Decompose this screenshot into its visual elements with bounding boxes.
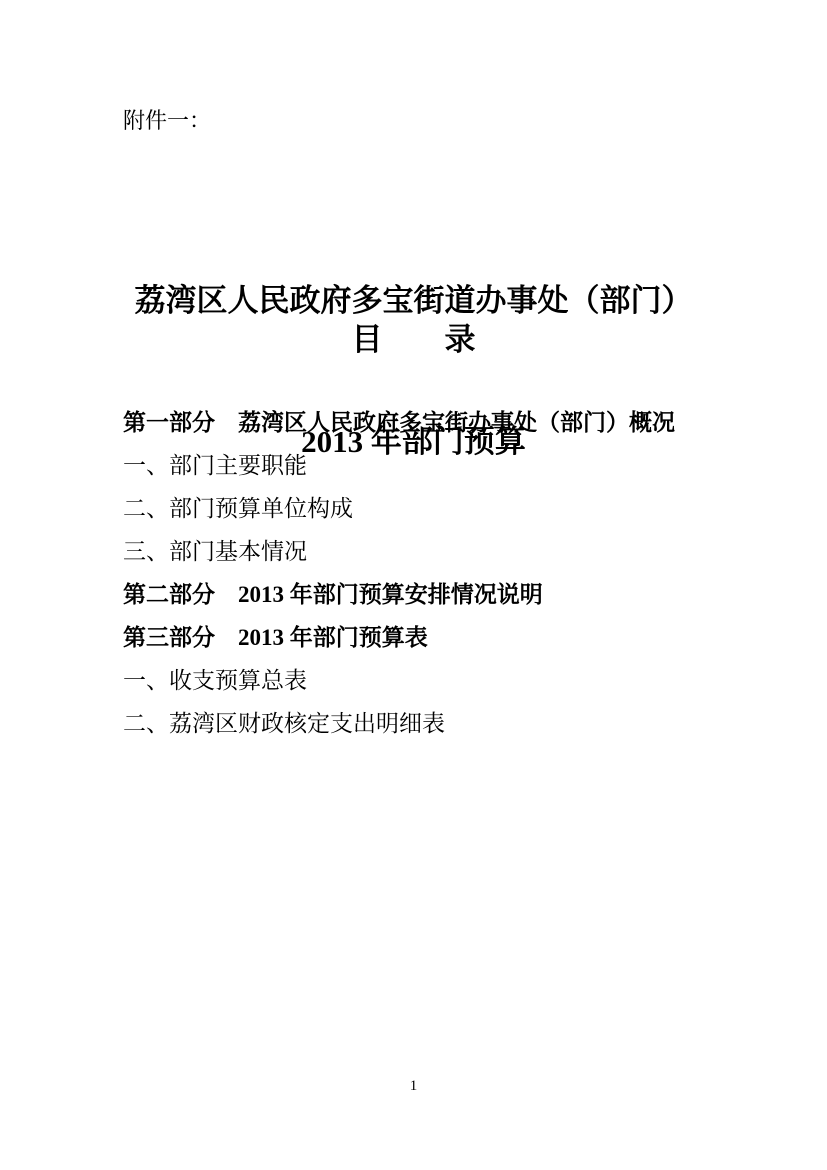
toc-item: 二、部门预算单位构成 — [123, 487, 767, 530]
toc-item: 一、收支预算总表 — [123, 659, 767, 702]
toc-item: 第三部分 2013 年部门预算表 — [123, 616, 767, 659]
toc-item: 第二部分 2013 年部门预算安排情况说明 — [123, 573, 767, 616]
toc-item: 一、部门主要职能 — [123, 444, 767, 487]
toc-item: 二、荔湾区财政核定支出明细表 — [123, 702, 767, 745]
toc-item: 第一部分 荔湾区人民政府多宝街办事处（部门）概况 — [123, 401, 767, 444]
attachment-label: 附件一： — [123, 107, 211, 135]
toc-heading: 目 录 — [0, 314, 827, 359]
document-page: 附件一： 荔湾区人民政府多宝街道办事处（部门） 2013 年部门预算 目 录 第… — [0, 0, 827, 1170]
toc-list: 第一部分 荔湾区人民政府多宝街办事处（部门）概况一、部门主要职能二、部门预算单位… — [123, 401, 767, 745]
toc-item: 三、部门基本情况 — [123, 530, 767, 573]
page-number: 1 — [0, 1078, 827, 1095]
